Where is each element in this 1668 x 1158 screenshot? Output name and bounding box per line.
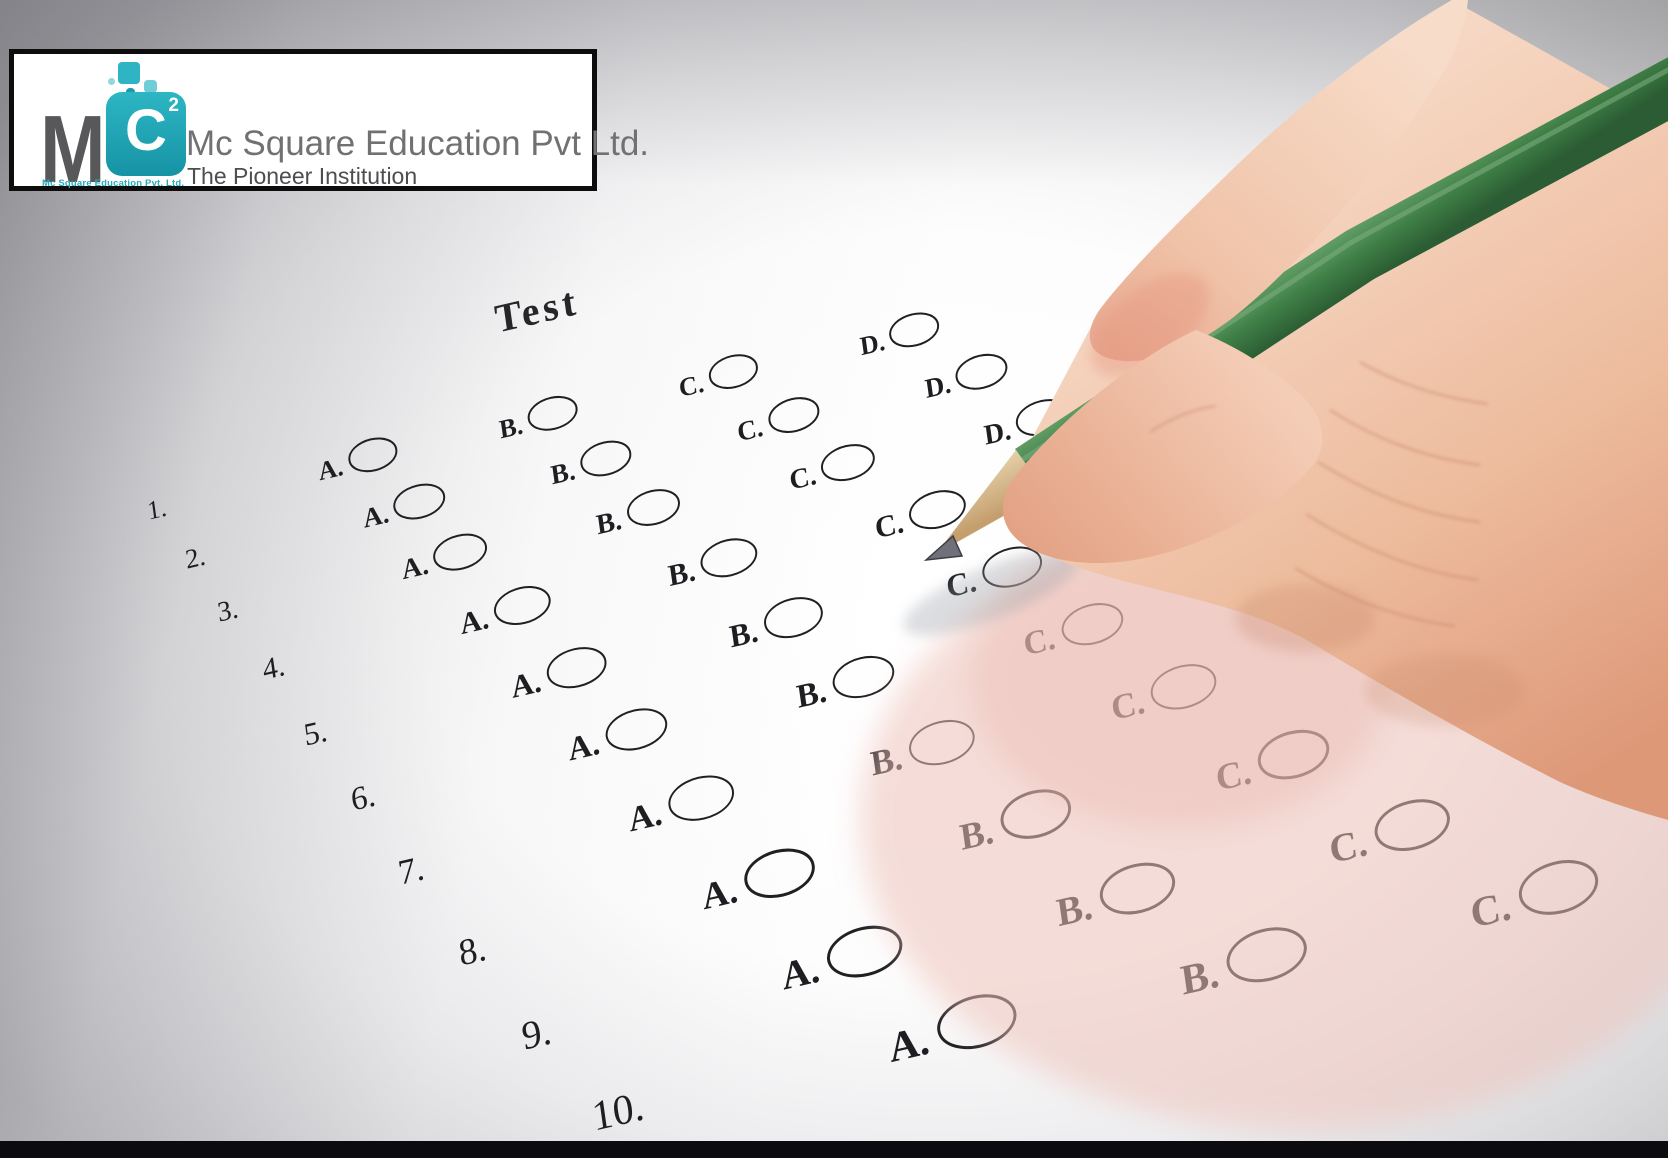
option-letter: B. [868, 737, 905, 784]
answer-bubble [666, 769, 737, 826]
logo-card: M C 2 Mc Square Education Pvt. Ltd. Mc S… [9, 49, 597, 191]
option-letter: C. [1213, 750, 1254, 801]
answer-bubble [1059, 597, 1126, 651]
answer-bubble [1515, 852, 1602, 922]
answer-option: C. [1211, 718, 1333, 801]
answer-bubble [1287, 544, 1354, 598]
answer-option: C. [942, 537, 1044, 605]
option-letter: C. [787, 460, 818, 498]
answer-option: D. [857, 304, 942, 362]
sheet-title: Test [492, 277, 582, 343]
answer-bubble [624, 484, 682, 531]
answer-bubble [1255, 723, 1332, 786]
answer-option: A. [398, 525, 490, 587]
answer-bubble [698, 533, 760, 583]
answer-bubble [1096, 856, 1178, 922]
answer-option: D. [1600, 723, 1668, 810]
answer-bubble [761, 591, 826, 643]
answer-option: A. [624, 764, 737, 840]
question-number: 4. [261, 649, 288, 688]
answer-option: D. [1469, 658, 1591, 741]
logo-subtext: Mc Square Education Pvt. Ltd. [42, 178, 184, 189]
answer-bubble [1198, 491, 1263, 543]
option-letter: B. [666, 554, 698, 594]
answer-option: B. [1176, 914, 1311, 1006]
answer-bubble [954, 349, 1010, 394]
answer-bubble [544, 641, 609, 693]
photo-stage: Test 1.A.B.C.D.2.A.B.C.D.3.A.B.C.D.4.A.B… [0, 0, 1668, 1158]
answer-option: D. [1248, 540, 1355, 612]
answer-bubble [1014, 394, 1072, 441]
answer-bubble [819, 439, 877, 486]
answer-bubble [346, 433, 400, 477]
answer-bubble [887, 308, 941, 352]
answer-option: B. [547, 432, 634, 491]
option-letter: B. [957, 809, 996, 859]
option-letter: D. [1601, 756, 1645, 810]
option-letter: B. [1054, 883, 1096, 937]
answer-bubble [1148, 658, 1219, 715]
logo-square-icon [108, 78, 115, 85]
option-letter: B. [497, 410, 524, 445]
option-letter: D. [982, 415, 1013, 453]
bottom-black-bar [0, 1141, 1668, 1158]
answer-bubble [933, 987, 1020, 1057]
answer-option: A. [884, 981, 1021, 1073]
answer-bubble [431, 529, 489, 576]
option-letter: C. [944, 562, 979, 605]
option-letter: B. [594, 504, 623, 542]
option-letter: D. [1250, 568, 1286, 612]
question-number: 1. [145, 492, 168, 526]
question-number: 5. [301, 712, 329, 753]
option-letter: D. [1471, 690, 1512, 741]
question-number: 10. [589, 1082, 647, 1142]
option-letter: B. [727, 613, 760, 655]
answer-option: C. [871, 481, 969, 547]
answer-bubble [1371, 792, 1453, 858]
answer-option: C. [1465, 847, 1602, 939]
option-letter: A. [699, 868, 740, 919]
answer-option: B. [496, 388, 580, 445]
option-letter: D. [923, 368, 953, 405]
answer-option: C. [1107, 653, 1220, 729]
answer-option: A. [777, 913, 906, 1000]
answer-option: D. [981, 390, 1073, 452]
answer-option: C. [1020, 593, 1127, 665]
option-letter: C. [1468, 882, 1515, 939]
logo-tagline: The Pioneer Institution [187, 163, 417, 190]
answer-bubble [997, 783, 1074, 846]
answer-option: A. [456, 576, 554, 642]
answer-bubble [1513, 664, 1590, 727]
answer-bubble [603, 702, 670, 756]
option-letter: D. [1162, 512, 1197, 555]
answer-bubble [907, 485, 969, 535]
answer-option: D. [1161, 486, 1263, 554]
option-letter: C. [1021, 621, 1057, 665]
answer-bubble [1115, 437, 1177, 487]
option-letter: A. [509, 663, 544, 706]
answer-bubble [1223, 920, 1310, 990]
answer-bubble [1646, 729, 1668, 795]
answer-option: A. [564, 698, 671, 770]
answer-bubble [823, 919, 905, 985]
question-number: 7. [396, 848, 427, 894]
answer-bubble [525, 391, 579, 435]
logo-c-tile: C 2 [106, 92, 186, 176]
answer-option: A. [360, 475, 448, 535]
answer-option: B. [955, 777, 1075, 859]
answer-option: D. [1080, 432, 1178, 498]
question-number: 2. [183, 540, 207, 575]
answer-bubble [830, 650, 897, 704]
answer-option: B. [1052, 850, 1179, 937]
answer-bubble [1391, 602, 1462, 659]
answer-option: B. [867, 709, 978, 784]
answer-bubble [906, 714, 977, 771]
option-letter: A. [458, 602, 491, 642]
option-letter: C. [1109, 681, 1148, 728]
answer-option: C. [676, 346, 761, 404]
option-letter: A. [886, 1016, 933, 1073]
option-letter: A. [400, 549, 431, 587]
answer-option: B. [793, 645, 898, 717]
answer-option: A. [697, 837, 819, 920]
question-number: 9. [519, 1008, 554, 1060]
answer-option: B. [726, 587, 827, 655]
question-number: 6. [349, 778, 378, 820]
answer-option: C. [1325, 787, 1454, 874]
option-letter: A. [566, 726, 602, 770]
answer-bubble [391, 479, 447, 524]
option-letter: C. [873, 506, 906, 546]
logo-square-icon [118, 62, 140, 84]
option-letter: D. [858, 326, 887, 362]
answer-option: D. [922, 345, 1010, 405]
option-letter: C. [677, 368, 706, 404]
answer-option: A. [315, 429, 400, 487]
answer-option: D. [1349, 597, 1462, 673]
option-letter: C. [1326, 819, 1370, 873]
option-letter: B. [794, 674, 829, 718]
answer-bubble [706, 349, 760, 393]
option-letter: C. [735, 411, 765, 448]
option-letter: A. [626, 793, 665, 840]
answer-option: B. [665, 529, 761, 594]
answer-bubble [492, 581, 554, 631]
answer-bubble [980, 541, 1045, 593]
answer-option: C. [734, 389, 822, 449]
option-letter: B. [1178, 950, 1222, 1006]
question-number: 3. [216, 593, 241, 630]
option-letter: A. [779, 946, 823, 1000]
question-number: 8. [456, 926, 489, 975]
answer-bubble [766, 392, 822, 437]
logo-company-name: Mc Square Education Pvt Ltd. [186, 124, 649, 164]
option-letter: B. [549, 455, 577, 491]
answer-option: C. [786, 435, 878, 497]
option-letter: A. [316, 451, 345, 487]
answer-bubble [578, 436, 634, 481]
option-letter: D. [1351, 625, 1390, 672]
answer-bubble [741, 842, 818, 905]
logo-exponent: 2 [168, 95, 179, 117]
option-letter: A. [361, 498, 391, 535]
option-letter: D. [1081, 458, 1114, 498]
answer-option: B. [593, 480, 683, 542]
answer-option: A. [507, 637, 609, 705]
